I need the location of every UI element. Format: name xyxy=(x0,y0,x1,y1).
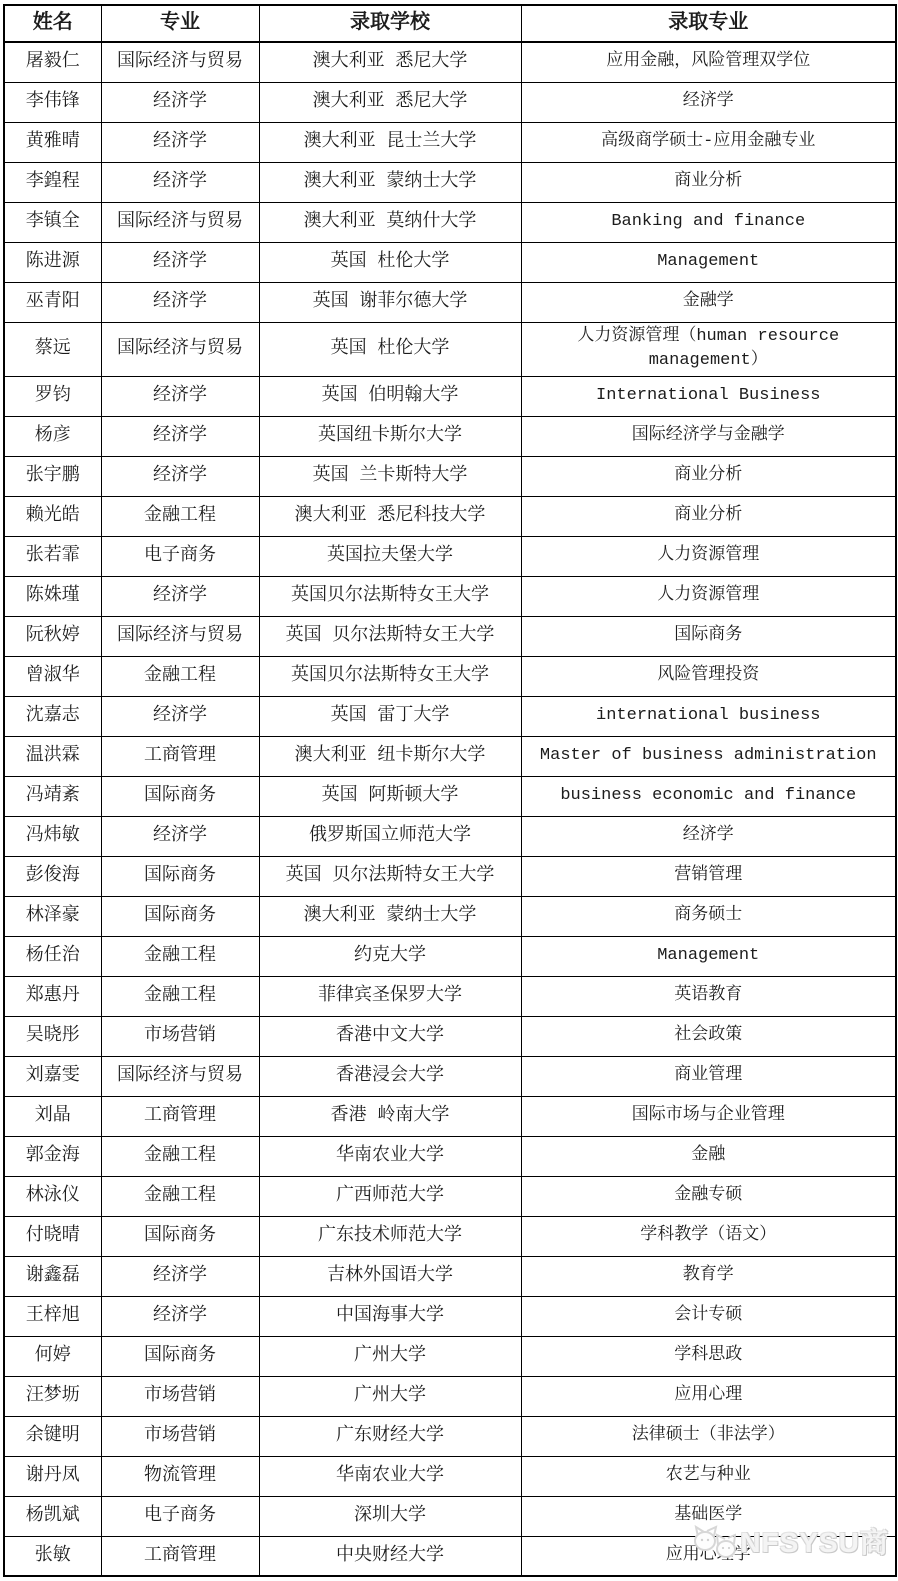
cell-admit: 农艺与种业 xyxy=(521,1456,896,1496)
cell-name: 何婷 xyxy=(4,1336,101,1376)
cell-name: 李伟锋 xyxy=(4,82,101,122)
cell-name: 王梓旭 xyxy=(4,1296,101,1336)
cell-admit: 金融学 xyxy=(521,282,896,322)
table-row: 李伟锋经济学澳大利亚 悉尼大学经济学 xyxy=(4,82,896,122)
cell-name: 张若霏 xyxy=(4,536,101,576)
cell-major: 经济学 xyxy=(101,816,259,856)
cell-major: 经济学 xyxy=(101,82,259,122)
cell-major: 电子商务 xyxy=(101,536,259,576)
cell-school: 英国 阿斯顿大学 xyxy=(259,776,521,816)
table-row: 陈姝瑾经济学英国贝尔法斯特女王大学人力资源管理 xyxy=(4,576,896,616)
cell-major: 经济学 xyxy=(101,696,259,736)
cell-admit: 国际经济学与金融学 xyxy=(521,416,896,456)
cell-school: 香港 岭南大学 xyxy=(259,1096,521,1136)
cell-name: 黄雅晴 xyxy=(4,122,101,162)
cell-school: 菲律宾圣保罗大学 xyxy=(259,976,521,1016)
table-row: 巫青阳经济学英国 谢菲尔德大学金融学 xyxy=(4,282,896,322)
cell-admit: 营销管理 xyxy=(521,856,896,896)
table-row: 谢丹凤物流管理华南农业大学农艺与种业 xyxy=(4,1456,896,1496)
table-row: 林泽豪国际商务澳大利亚 蒙纳士大学商务硕士 xyxy=(4,896,896,936)
table-row: 温洪霖工商管理澳大利亚 纽卡斯尔大学Master of business adm… xyxy=(4,736,896,776)
cell-school: 广州大学 xyxy=(259,1336,521,1376)
cell-major: 金融工程 xyxy=(101,936,259,976)
cell-school: 英国纽卡斯尔大学 xyxy=(259,416,521,456)
cell-admit: International Business xyxy=(521,376,896,416)
table-row: 冯靖紊国际商务英国 阿斯顿大学business economic and fin… xyxy=(4,776,896,816)
col-header-name: 姓名 xyxy=(4,5,101,42)
cell-school: 英国拉夫堡大学 xyxy=(259,536,521,576)
cell-school: 华南农业大学 xyxy=(259,1456,521,1496)
cell-name: 陈姝瑾 xyxy=(4,576,101,616)
cell-major: 物流管理 xyxy=(101,1456,259,1496)
cell-name: 冯炜敏 xyxy=(4,816,101,856)
cell-major: 经济学 xyxy=(101,416,259,456)
cell-name: 李鍠程 xyxy=(4,162,101,202)
table-row: 余键明市场营销广东财经大学法律硕士（非法学） xyxy=(4,1416,896,1456)
cell-name: 赖光皓 xyxy=(4,496,101,536)
cell-major: 国际经济与贸易 xyxy=(101,1056,259,1096)
cell-school: 澳大利亚 纽卡斯尔大学 xyxy=(259,736,521,776)
table-row: 林泳仪金融工程广西师范大学金融专硕 xyxy=(4,1176,896,1216)
table-row: 彭俊海国际商务英国 贝尔法斯特女王大学营销管理 xyxy=(4,856,896,896)
cell-admit: 金融专硕 xyxy=(521,1176,896,1216)
cell-school: 中央财经大学 xyxy=(259,1536,521,1576)
cell-admit: 国际市场与企业管理 xyxy=(521,1096,896,1136)
cell-major: 国际商务 xyxy=(101,896,259,936)
cell-major: 市场营销 xyxy=(101,1016,259,1056)
cell-school: 英国 谢菲尔德大学 xyxy=(259,282,521,322)
cell-major: 经济学 xyxy=(101,1296,259,1336)
cell-major: 工商管理 xyxy=(101,736,259,776)
cell-name: 汪梦坜 xyxy=(4,1376,101,1416)
cell-major: 国际经济与贸易 xyxy=(101,202,259,242)
cell-name: 阮秋婷 xyxy=(4,616,101,656)
cell-major: 电子商务 xyxy=(101,1496,259,1536)
cell-major: 工商管理 xyxy=(101,1536,259,1576)
cell-name: 余键明 xyxy=(4,1416,101,1456)
cell-name: 屠毅仁 xyxy=(4,42,101,82)
cell-name: 谢丹凤 xyxy=(4,1456,101,1496)
cell-school: 广州大学 xyxy=(259,1376,521,1416)
cell-school: 英国 兰卡斯特大学 xyxy=(259,456,521,496)
table-row: 阮秋婷国际经济与贸易英国 贝尔法斯特女王大学国际商务 xyxy=(4,616,896,656)
cell-major: 国际商务 xyxy=(101,1336,259,1376)
table-row: 杨彦经济学英国纽卡斯尔大学国际经济学与金融学 xyxy=(4,416,896,456)
admissions-table-page: 姓名 专业 录取学校 录取专业 屠毅仁国际经济与贸易澳大利亚 悉尼大学应用金融，… xyxy=(3,4,895,1577)
table-row: 张宇鹏经济学英国 兰卡斯特大学商业分析 xyxy=(4,456,896,496)
table-row: 杨任治金融工程约克大学Management xyxy=(4,936,896,976)
cell-major: 经济学 xyxy=(101,242,259,282)
cell-name: 林泳仪 xyxy=(4,1176,101,1216)
cell-school: 约克大学 xyxy=(259,936,521,976)
table-row: 汪梦坜市场营销广州大学应用心理 xyxy=(4,1376,896,1416)
cell-admit: 学科教学（语文） xyxy=(521,1216,896,1256)
col-header-school: 录取学校 xyxy=(259,5,521,42)
cell-major: 经济学 xyxy=(101,162,259,202)
cell-major: 工商管理 xyxy=(101,1096,259,1136)
table-row: 曾淑华金融工程英国贝尔法斯特女王大学风险管理投资 xyxy=(4,656,896,696)
table-row: 陈进源经济学英国 杜伦大学Management xyxy=(4,242,896,282)
cell-admit: Banking and finance xyxy=(521,202,896,242)
table-row: 张敏工商管理中央财经大学应用心理学 xyxy=(4,1536,896,1576)
table-row: 郭金海金融工程华南农业大学金融 xyxy=(4,1136,896,1176)
cell-school: 英国贝尔法斯特女王大学 xyxy=(259,576,521,616)
cell-admit: 教育学 xyxy=(521,1256,896,1296)
table-row: 吴晓彤市场营销香港中文大学社会政策 xyxy=(4,1016,896,1056)
cell-school: 香港中文大学 xyxy=(259,1016,521,1056)
cell-admit: 金融 xyxy=(521,1136,896,1176)
col-header-major: 专业 xyxy=(101,5,259,42)
cell-school: 吉林外国语大学 xyxy=(259,1256,521,1296)
cell-admit: 国际商务 xyxy=(521,616,896,656)
table-row: 张若霏电子商务英国拉夫堡大学人力资源管理 xyxy=(4,536,896,576)
cell-admit: Management xyxy=(521,936,896,976)
cell-admit: 商业分析 xyxy=(521,162,896,202)
cell-name: 彭俊海 xyxy=(4,856,101,896)
cell-admit: 商业分析 xyxy=(521,456,896,496)
cell-school: 澳大利亚 悉尼大学 xyxy=(259,82,521,122)
cell-name: 李镇全 xyxy=(4,202,101,242)
cell-admit: 基础医学 xyxy=(521,1496,896,1536)
table-row: 赖光皓金融工程澳大利亚 悉尼科技大学商业分析 xyxy=(4,496,896,536)
cell-school: 英国 杜伦大学 xyxy=(259,322,521,376)
cell-school: 深圳大学 xyxy=(259,1496,521,1536)
cell-admit: 应用金融，风险管理双学位 xyxy=(521,42,896,82)
cell-name: 郑惠丹 xyxy=(4,976,101,1016)
cell-school: 英国 贝尔法斯特女王大学 xyxy=(259,856,521,896)
cell-name: 冯靖紊 xyxy=(4,776,101,816)
cell-admit: 人力资源管理（human resource management） xyxy=(521,322,896,376)
cell-admit: 经济学 xyxy=(521,82,896,122)
cell-school: 广西师范大学 xyxy=(259,1176,521,1216)
cell-admit: 人力资源管理 xyxy=(521,536,896,576)
cell-name: 张宇鹏 xyxy=(4,456,101,496)
admissions-table: 姓名 专业 录取学校 录取专业 屠毅仁国际经济与贸易澳大利亚 悉尼大学应用金融，… xyxy=(3,4,897,1577)
cell-admit: 经济学 xyxy=(521,816,896,856)
cell-name: 张敏 xyxy=(4,1536,101,1576)
cell-school: 英国 杜伦大学 xyxy=(259,242,521,282)
cell-name: 杨任治 xyxy=(4,936,101,976)
cell-school: 英国 贝尔法斯特女王大学 xyxy=(259,616,521,656)
cell-admit: 商业管理 xyxy=(521,1056,896,1096)
col-header-admitted-major: 录取专业 xyxy=(521,5,896,42)
table-row: 何婷国际商务广州大学学科思政 xyxy=(4,1336,896,1376)
cell-admit: 会计专硕 xyxy=(521,1296,896,1336)
table-row: 冯炜敏经济学俄罗斯国立师范大学经济学 xyxy=(4,816,896,856)
table-row: 杨凯斌电子商务深圳大学基础医学 xyxy=(4,1496,896,1536)
cell-school: 英国 伯明翰大学 xyxy=(259,376,521,416)
cell-school: 华南农业大学 xyxy=(259,1136,521,1176)
cell-major: 国际经济与贸易 xyxy=(101,322,259,376)
cell-name: 林泽豪 xyxy=(4,896,101,936)
cell-major: 经济学 xyxy=(101,376,259,416)
cell-major: 国际商务 xyxy=(101,1216,259,1256)
cell-name: 罗钧 xyxy=(4,376,101,416)
cell-name: 刘嘉雯 xyxy=(4,1056,101,1096)
table-row: 谢鑫磊经济学吉林外国语大学教育学 xyxy=(4,1256,896,1296)
cell-school: 英国贝尔法斯特女王大学 xyxy=(259,656,521,696)
table-row: 刘嘉雯国际经济与贸易香港浸会大学商业管理 xyxy=(4,1056,896,1096)
cell-name: 刘晶 xyxy=(4,1096,101,1136)
cell-major: 经济学 xyxy=(101,122,259,162)
cell-major: 金融工程 xyxy=(101,1176,259,1216)
cell-major: 金融工程 xyxy=(101,656,259,696)
cell-school: 英国 雷丁大学 xyxy=(259,696,521,736)
cell-school: 澳大利亚 昆士兰大学 xyxy=(259,122,521,162)
table-row: 沈嘉志经济学英国 雷丁大学international business xyxy=(4,696,896,736)
cell-admit: 人力资源管理 xyxy=(521,576,896,616)
cell-admit: 法律硕士（非法学） xyxy=(521,1416,896,1456)
table-row: 付晓晴国际商务广东技术师范大学学科教学（语文） xyxy=(4,1216,896,1256)
cell-admit: 应用心理 xyxy=(521,1376,896,1416)
cell-major: 市场营销 xyxy=(101,1376,259,1416)
cell-name: 杨彦 xyxy=(4,416,101,456)
cell-major: 金融工程 xyxy=(101,976,259,1016)
cell-name: 陈进源 xyxy=(4,242,101,282)
cell-admit: 学科思政 xyxy=(521,1336,896,1376)
cell-major: 经济学 xyxy=(101,456,259,496)
cell-name: 付晓晴 xyxy=(4,1216,101,1256)
cell-admit: 商业分析 xyxy=(521,496,896,536)
cell-name: 吴晓彤 xyxy=(4,1016,101,1056)
table-row: 罗钧经济学英国 伯明翰大学International Business xyxy=(4,376,896,416)
cell-school: 澳大利亚 蒙纳士大学 xyxy=(259,896,521,936)
table-row: 李镇全国际经济与贸易澳大利亚 莫纳什大学Banking and finance xyxy=(4,202,896,242)
cell-major: 经济学 xyxy=(101,576,259,616)
cell-name: 蔡远 xyxy=(4,322,101,376)
cell-major: 国际经济与贸易 xyxy=(101,616,259,656)
cell-admit: 应用心理学 xyxy=(521,1536,896,1576)
cell-major: 经济学 xyxy=(101,282,259,322)
table-row: 屠毅仁国际经济与贸易澳大利亚 悉尼大学应用金融，风险管理双学位 xyxy=(4,42,896,82)
table-row: 刘晶工商管理香港 岭南大学国际市场与企业管理 xyxy=(4,1096,896,1136)
cell-name: 巫青阳 xyxy=(4,282,101,322)
cell-major: 金融工程 xyxy=(101,496,259,536)
cell-admit: 英语教育 xyxy=(521,976,896,1016)
cell-school: 广东技术师范大学 xyxy=(259,1216,521,1256)
cell-name: 曾淑华 xyxy=(4,656,101,696)
cell-school: 澳大利亚 莫纳什大学 xyxy=(259,202,521,242)
cell-major: 经济学 xyxy=(101,1256,259,1296)
table-row: 黄雅晴经济学澳大利亚 昆士兰大学高级商学硕士-应用金融专业 xyxy=(4,122,896,162)
cell-school: 香港浸会大学 xyxy=(259,1056,521,1096)
cell-major: 国际商务 xyxy=(101,856,259,896)
cell-admit: 商务硕士 xyxy=(521,896,896,936)
cell-admit: 高级商学硕士-应用金融专业 xyxy=(521,122,896,162)
cell-admit: Management xyxy=(521,242,896,282)
cell-name: 沈嘉志 xyxy=(4,696,101,736)
cell-school: 俄罗斯国立师范大学 xyxy=(259,816,521,856)
cell-school: 中国海事大学 xyxy=(259,1296,521,1336)
cell-school: 广东财经大学 xyxy=(259,1416,521,1456)
cell-name: 郭金海 xyxy=(4,1136,101,1176)
header-row: 姓名 专业 录取学校 录取专业 xyxy=(4,5,896,42)
cell-name: 温洪霖 xyxy=(4,736,101,776)
cell-school: 澳大利亚 悉尼科技大学 xyxy=(259,496,521,536)
cell-name: 谢鑫磊 xyxy=(4,1256,101,1296)
cell-admit: international business xyxy=(521,696,896,736)
cell-admit: 风险管理投资 xyxy=(521,656,896,696)
cell-admit: business economic and finance xyxy=(521,776,896,816)
table-row: 郑惠丹金融工程菲律宾圣保罗大学英语教育 xyxy=(4,976,896,1016)
table-row: 王梓旭经济学中国海事大学会计专硕 xyxy=(4,1296,896,1336)
cell-major: 国际经济与贸易 xyxy=(101,42,259,82)
table-row: 蔡远国际经济与贸易英国 杜伦大学人力资源管理（human resource ma… xyxy=(4,322,896,376)
cell-admit: 社会政策 xyxy=(521,1016,896,1056)
cell-school: 澳大利亚 蒙纳士大学 xyxy=(259,162,521,202)
table-row: 李鍠程经济学澳大利亚 蒙纳士大学商业分析 xyxy=(4,162,896,202)
cell-major: 国际商务 xyxy=(101,776,259,816)
cell-school: 澳大利亚 悉尼大学 xyxy=(259,42,521,82)
cell-major: 金融工程 xyxy=(101,1136,259,1176)
cell-admit: Master of business administration xyxy=(521,736,896,776)
cell-major: 市场营销 xyxy=(101,1416,259,1456)
cell-name: 杨凯斌 xyxy=(4,1496,101,1536)
